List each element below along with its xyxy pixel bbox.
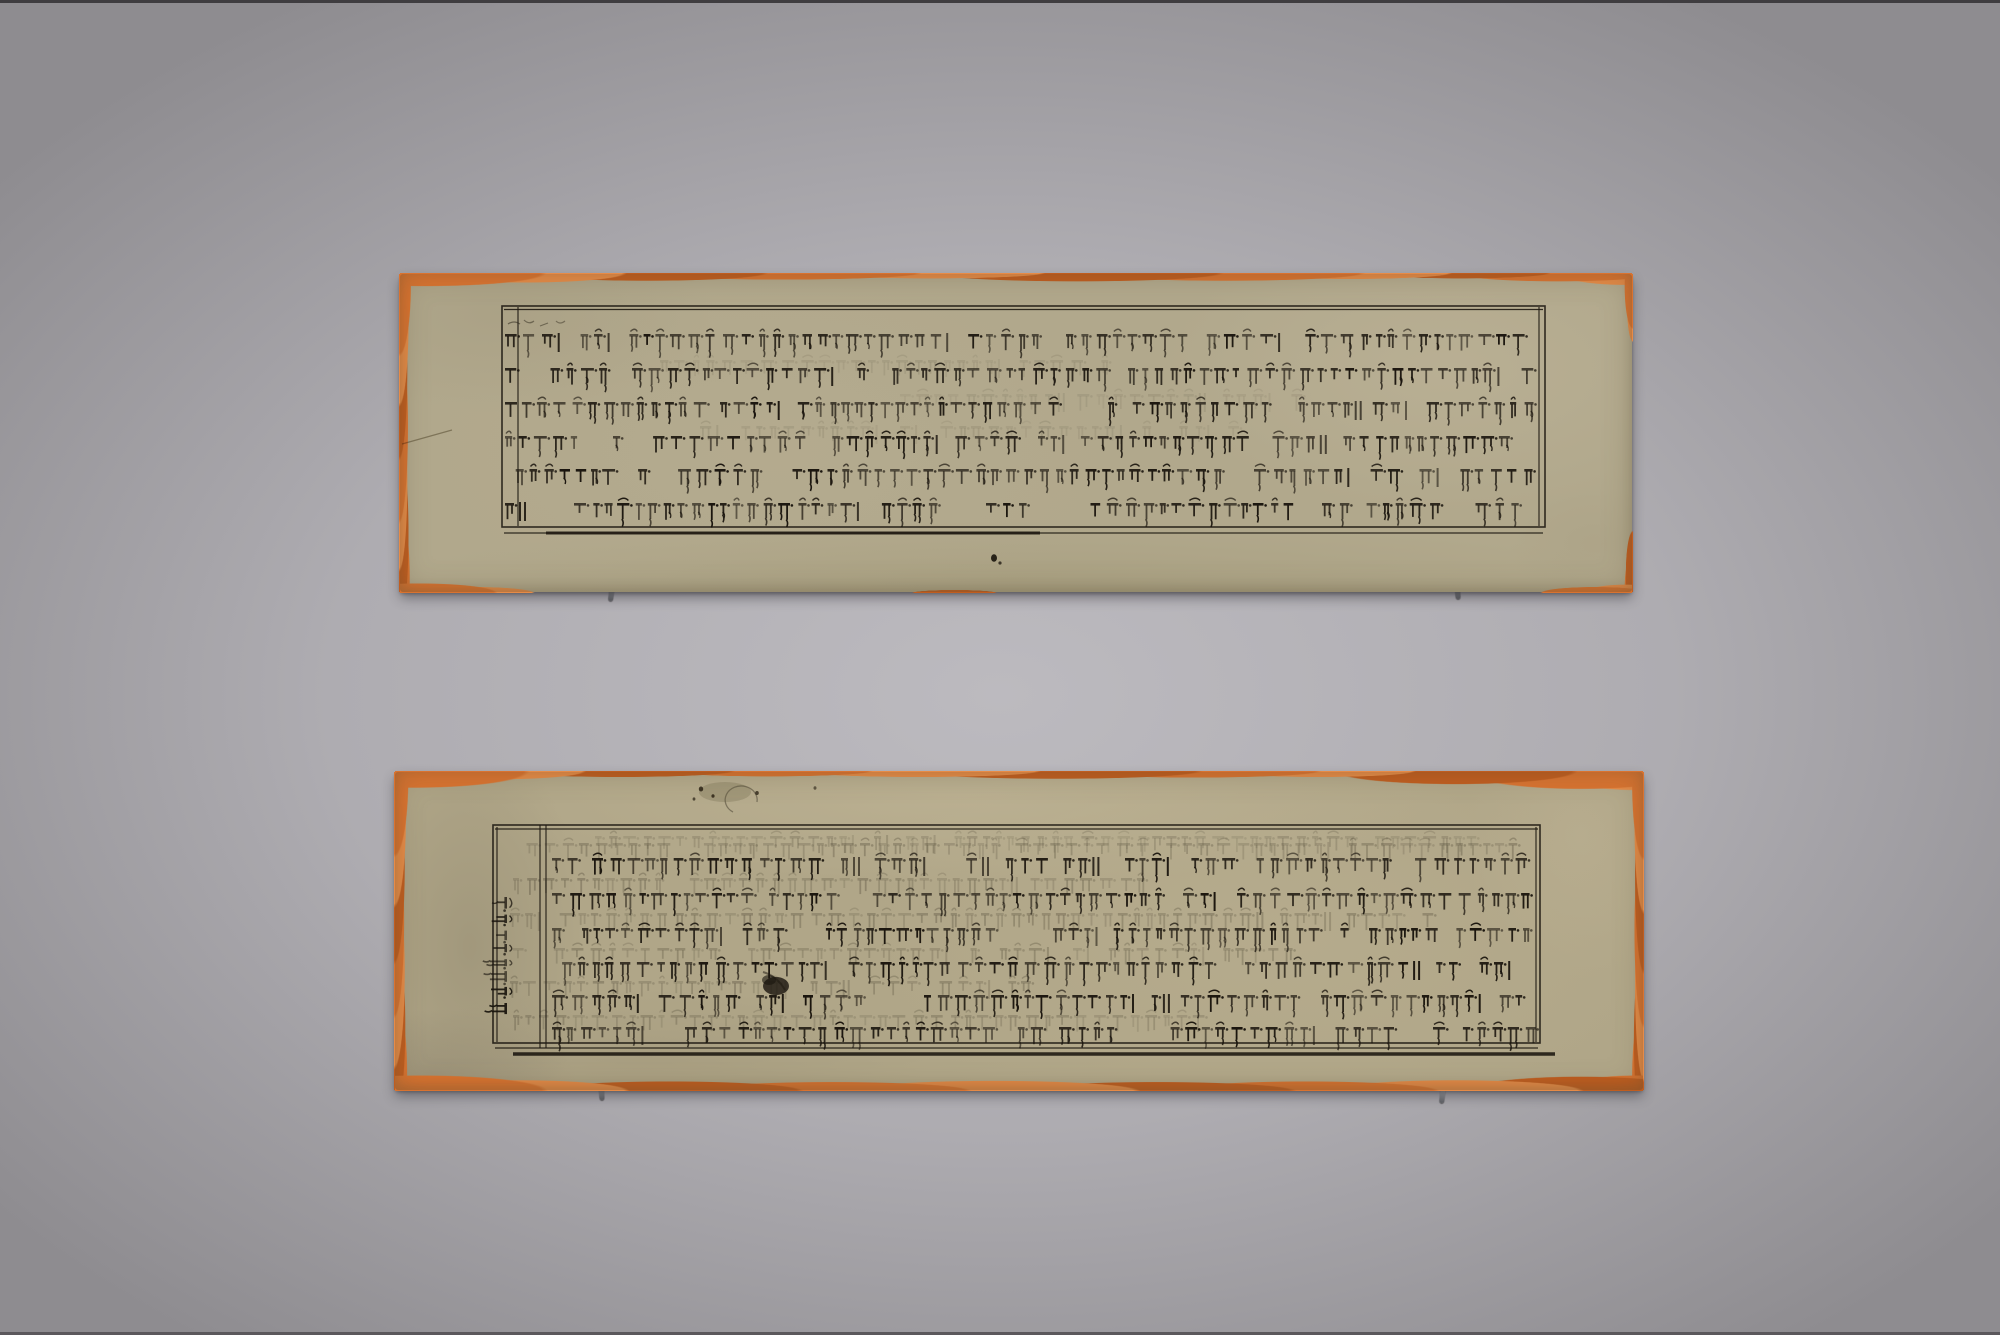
stains-and-marks bbox=[402, 320, 1002, 565]
photo-backdrop bbox=[0, 0, 2000, 1335]
tibetan-text-block bbox=[505, 329, 1537, 527]
tibetan-text-block bbox=[552, 853, 1539, 1051]
leaf-artwork-layer bbox=[395, 772, 1643, 1090]
leaf-artwork-layer bbox=[400, 274, 1632, 592]
manuscript-upper-leaf bbox=[400, 274, 1632, 592]
manuscript-lower-leaf bbox=[395, 772, 1643, 1090]
